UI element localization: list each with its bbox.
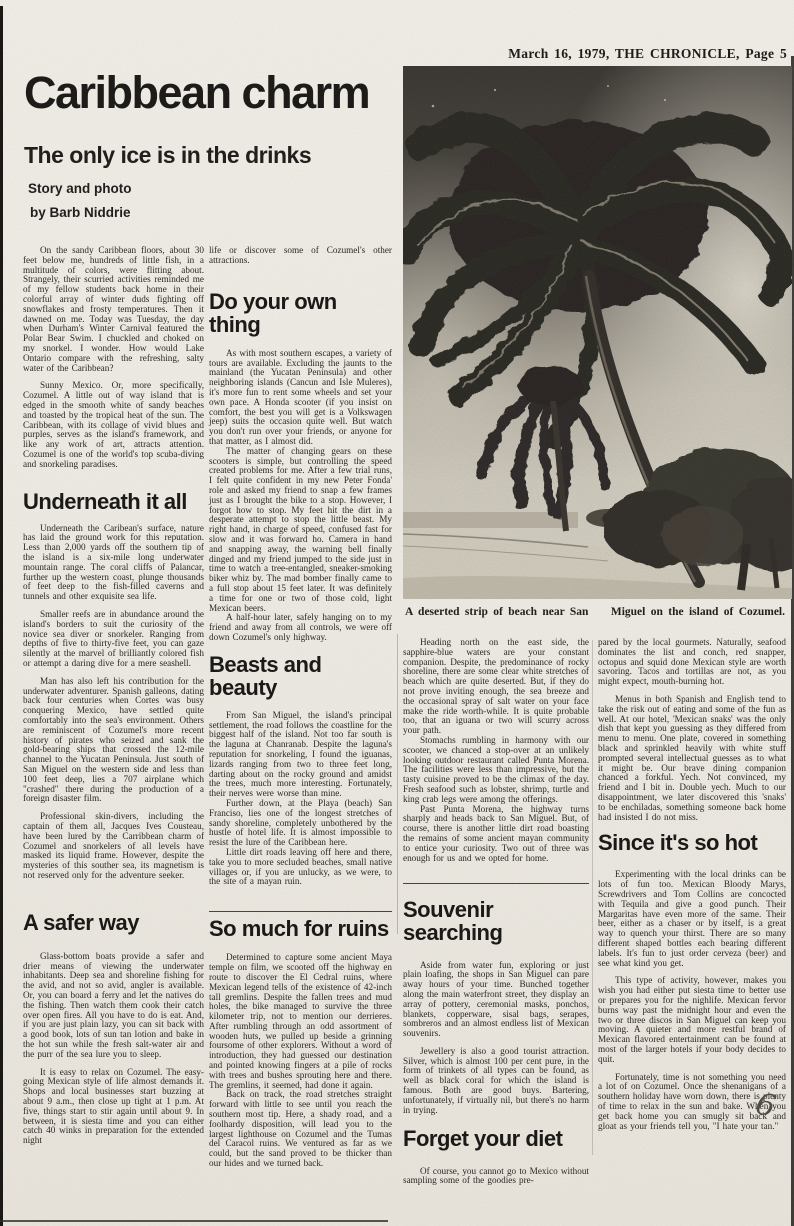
paragraph: It is easy to relax on Cozumel. The easy…: [23, 1068, 204, 1146]
section-heading-souvenir-searching: Souvenir searching: [403, 898, 589, 944]
section-heading-since-its-so-hot: Since it's so hot: [598, 831, 786, 854]
paragraph: Little dirt roads leaving off here and t…: [209, 848, 392, 887]
article-title: Caribbean charm: [24, 70, 394, 115]
paragraph: A half-hour later, safely hanging on to …: [209, 613, 392, 642]
paragraph: On the sandy Caribbean floors, about 30 …: [23, 246, 204, 373]
paragraph: Professional skin-divers, including the …: [23, 812, 204, 881]
masthead: March 16, 1979, THE CHRONICLE, Page 5: [403, 46, 787, 62]
section-heading-so-much-for-ruins: So much for ruins: [209, 917, 392, 940]
paragraph: The matter of changing gears on these sc…: [209, 447, 392, 614]
paragraph: Man has also left his contribution for t…: [23, 677, 204, 804]
paragraph: Aside from water fun, exploring or just …: [403, 961, 589, 1039]
paragraph: Jewellery is also a good tourist attract…: [403, 1047, 589, 1116]
section-heading-do-your-own-thing: Do your own thing: [209, 290, 392, 336]
beach-photo: [403, 66, 792, 599]
scan-edge-bottom: [0, 1220, 388, 1222]
paragraph: This type of activity, however, makes yo…: [598, 976, 786, 1064]
column-divider: [592, 640, 593, 1155]
text-column-4: pared by the local gourmets. Naturally, …: [598, 638, 786, 1139]
paragraph: Experimenting with the local drinks can …: [598, 870, 786, 968]
paragraph: Further down, at the Playa (beach) San F…: [209, 799, 392, 848]
byline-credit: Story and photo: [28, 181, 132, 196]
paragraph: pared by the local gourmets. Naturally, …: [598, 638, 786, 687]
section-heading-a-safer-way: A safer way: [23, 911, 204, 934]
column-divider: [397, 634, 398, 934]
palm-tree-illustration: [403, 66, 792, 599]
photo-caption-right: Miguel on the island of Cozumel.: [611, 606, 785, 618]
article-subtitle: The only ice is in the drinks: [24, 142, 394, 169]
section-heading-underneath-it-all: Underneath it all: [23, 490, 204, 513]
paragraph: As with most southern escapes, a variety…: [209, 349, 392, 447]
newspaper-page: March 16, 1979, THE CHRONICLE, Page 5 Ca…: [0, 0, 794, 1226]
scan-edge-left: [0, 6, 3, 1226]
paragraph: Sunny Mexico. Or, more specifically, Coz…: [23, 381, 204, 469]
paragraph: life or discover some of Cozumel's other…: [209, 246, 392, 266]
section-heading-beasts-and-beauty: Beasts and beauty: [209, 653, 392, 699]
photo-caption: A deserted strip of beach near San Migue…: [405, 606, 785, 618]
paragraph: Stomachs rumbling in harmony with our sc…: [403, 736, 589, 805]
paragraph: Underneath the Caribean's surface, natur…: [23, 524, 204, 602]
text-column-2: life or discover some of Cozumel's other…: [209, 246, 392, 1169]
paragraph: Smaller reefs are in abundance around th…: [23, 610, 204, 669]
paragraph: Glass-bottom boats provide a safer and d…: [23, 952, 204, 1060]
section-heading-forget-your-diet: Forget your diet: [403, 1127, 589, 1150]
paragraph: Of course, you cannot go to Mexico witho…: [403, 1167, 589, 1187]
byline-author: by Barb Niddrie: [30, 205, 131, 220]
paragraph: From San Miguel, the island's principal …: [209, 711, 392, 799]
paragraph: Menus in both Spanish and English tend t…: [598, 695, 786, 822]
paragraph: Determined to capture some ancient Maya …: [209, 953, 392, 1090]
photo-caption-left: A deserted strip of beach near San: [405, 606, 588, 618]
section-rule: [403, 883, 589, 884]
text-column-1: On the sandy Caribbean floors, about 30 …: [23, 246, 204, 1154]
text-column-3: Heading north on the east side, the sapp…: [403, 638, 589, 1194]
paragraph: Heading north on the east side, the sapp…: [403, 638, 589, 736]
section-rule: [209, 911, 392, 912]
paragraph: Back on track, the road stretches straig…: [209, 1090, 392, 1168]
paragraph: Past Punta Morena, the highway turns sha…: [403, 805, 589, 864]
